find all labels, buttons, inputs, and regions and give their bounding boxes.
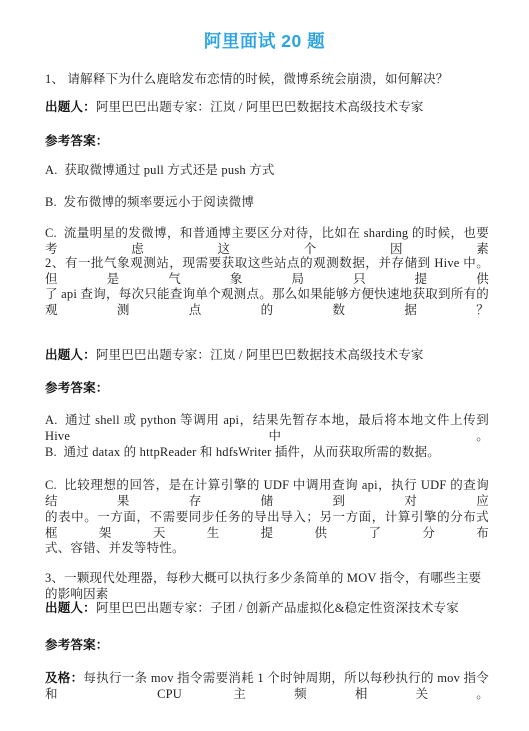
- author-line-3: 出题人：阿里巴巴出题专家：子团 / 创新产品虚拟化&稳定性资深技术专家: [45, 600, 489, 616]
- author-label-1: 出题人：: [45, 100, 96, 114]
- question-3: 3、一颗现代处理器，每秒大概可以执行多少条简单的 MOV 指令，有哪些主要的影响…: [45, 570, 489, 602]
- question-2-line-2: 了 api 查询，每次只能查询单个观测点。那么如果能够方便快速地获取到所有的观测…: [45, 286, 489, 318]
- question-2-line-1: 2、有一批气象观测站，现需要获取这些站点的观测数据，并存储到 Hive 中。但是…: [45, 255, 489, 287]
- author-text-1: 阿里巴巴出题专家：江岚 / 阿里巴巴数据技术高级技术专家: [96, 100, 424, 114]
- answer-3-pass: 及格：每执行一条 mov 指令需要消耗 1 个时钟周期，所以每秒执行的 mov …: [45, 670, 489, 702]
- document-page: 阿里面试 20 题 1、 请解释下为什么鹿晗发布恋情的时候，微博系统会崩溃，如何…: [0, 0, 529, 731]
- document-title: 阿里面试 20 题: [0, 31, 529, 51]
- answer-1-b: B. 发布微博的频率要远小于阅读微博: [45, 194, 489, 210]
- answer-heading-3: 参考答案：: [45, 637, 489, 653]
- answer-2-a: A. 通过 shell 或 python 等调用 api，结果先暂存本地，最后将…: [45, 412, 489, 444]
- answer-2-b: B. 通过 datax 的 httpReader 和 hdfsWriter 插件…: [45, 444, 489, 460]
- author-text-2: 阿里巴巴出题专家：江岚 / 阿里巴巴数据技术高级技术专家: [96, 348, 424, 362]
- answer-heading-2: 参考答案：: [45, 380, 489, 396]
- answer-1-a: A. 获取微博通过 pull 方式还是 push 方式: [45, 162, 489, 178]
- answer-1-c: C. 流量明星的发微博，和普通博主要区分对待，比如在 sharding 的时候，…: [45, 225, 489, 257]
- pass-grade-label: 及格：: [45, 671, 83, 685]
- author-text-3: 阿里巴巴出题专家：子团 / 创新产品虚拟化&稳定性资深技术专家: [96, 601, 459, 615]
- author-label-2: 出题人：: [45, 348, 96, 362]
- question-1: 1、 请解释下为什么鹿晗发布恋情的时候，微博系统会崩溃，如何解决？: [45, 71, 489, 87]
- answer-2-c-line-2: 的表中。一方面，不需要同步任务的导出导入；另一方面，计算引擎的分布式框架天生提供…: [45, 509, 489, 541]
- answer-heading-1: 参考答案：: [45, 133, 489, 149]
- pass-grade-text: 每执行一条 mov 指令需要消耗 1 个时钟周期，所以每秒执行的 mov 指令和…: [45, 671, 489, 701]
- answer-2-c-line-1: C. 比较理想的回答，是在计算引擎的 UDF 中调用查询 api，执行 UDF …: [45, 477, 489, 509]
- author-line-2: 出题人：阿里巴巴出题专家：江岚 / 阿里巴巴数据技术高级技术专家: [45, 347, 489, 363]
- answer-2-c-line-3: 式、容错、并发等特性。: [45, 540, 489, 556]
- author-line-1: 出题人：阿里巴巴出题专家：江岚 / 阿里巴巴数据技术高级技术专家: [45, 99, 489, 115]
- author-label-3: 出题人：: [45, 601, 96, 615]
